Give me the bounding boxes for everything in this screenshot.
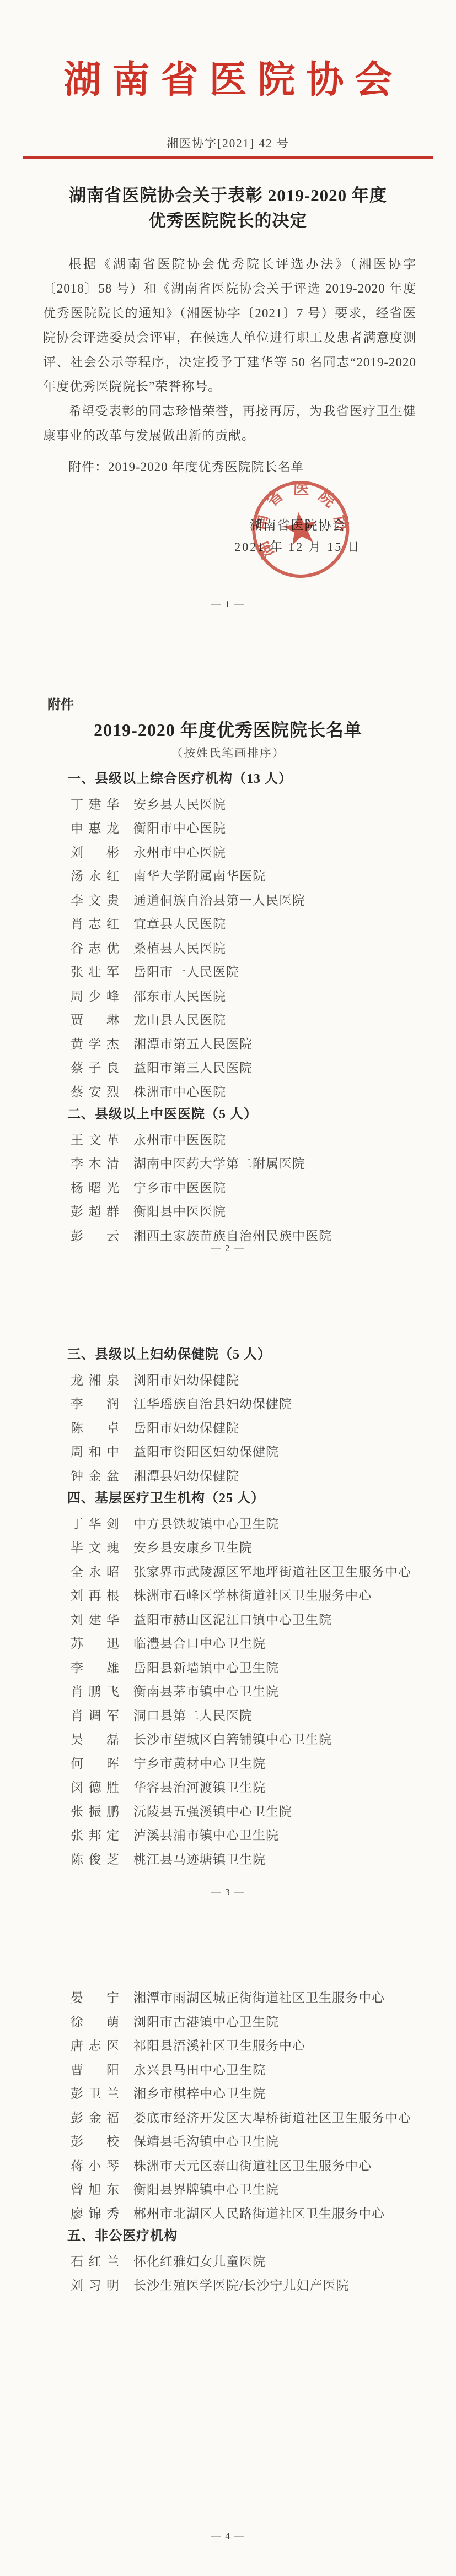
entry-name: 彭金福	[71, 2108, 119, 2126]
roster-entry: 苏迅临澧县合口中心卫生院	[67, 1631, 456, 1655]
roster-entry: 丁华剑中方县铁坡镇中心卫生院	[67, 1511, 456, 1535]
entry-organization: 永兴县马田中心卫生院	[133, 2060, 266, 2078]
entry-name: 毕文瑰	[71, 1538, 119, 1556]
entry-organization: 湘潭县妇幼保健院	[133, 1466, 239, 1484]
entry-name: 杨曙光	[71, 1178, 119, 1196]
roster-entry: 彭超群衡阳县中医医院	[67, 1199, 456, 1223]
entry-name: 肖鹏飞	[71, 1681, 119, 1700]
roster-entry: 徐萌浏阳市古港镇中心卫生院	[67, 2009, 456, 2033]
entry-name: 彭校	[71, 2131, 119, 2150]
entry-organization: 株洲市石峰区学林街道社区卫生服务中心	[133, 1585, 372, 1604]
entry-organization: 湘潭市雨湖区城正街街道社区卫生服务中心	[133, 1988, 385, 2006]
entry-name: 石红兰	[71, 2252, 119, 2270]
roster-entry: 陈俊芝桃江县马迹塘镇卫生院	[67, 1847, 456, 1871]
entry-name: 唐志医	[71, 2036, 119, 2054]
entry-organization: 华容县治河渡镇卫生院	[133, 1777, 266, 1795]
entry-name: 刘再根	[71, 1585, 119, 1604]
roster-entry: 蒋小琴株洲市天元区泰山街道社区卫生服务中心	[67, 2153, 456, 2177]
roster-entry: 刘再根株洲市石峰区学林街道社区卫生服务中心	[67, 1583, 456, 1607]
entry-organization: 祁阳县浯溪社区卫生服务中心	[133, 2036, 305, 2054]
entry-organization: 衡阳县中医医院	[133, 1202, 226, 1220]
entry-organization: 衡阳县界牌镇中心卫生院	[133, 2179, 279, 2198]
roster-entry: 黄学杰湘潭市第五人民医院	[67, 1031, 456, 1056]
entry-name: 钟金盆	[71, 1466, 119, 1484]
roster-title: 2019-2020 年度优秀医院院长名单	[0, 719, 456, 741]
entry-name: 吴磊	[71, 1729, 119, 1747]
roster-entry: 肖志红宜章县人民医院	[67, 911, 456, 935]
entry-name: 谷志优	[71, 938, 119, 956]
entry-organization: 江华瑶族自治县妇幼保健院	[133, 1394, 292, 1412]
entry-name: 苏迅	[71, 1633, 119, 1652]
entry-name: 李文贵	[71, 890, 119, 908]
document: 湖南省医院协会 湘医协字[2021] 42 号 湖南省医院协会关于表彰 2019…	[0, 0, 456, 2576]
roster-entry: 全永昭张家界市武陵源区军地坪街道社区卫生服务中心	[67, 1559, 456, 1583]
entry-name: 刘习明	[71, 2275, 119, 2293]
entry-name: 廖锦秀	[71, 2204, 119, 2222]
entry-organization: 安乡县安康乡卫生院	[133, 1538, 253, 1556]
entry-organization: 株洲市天元区泰山街道社区卫生服务中心	[133, 2156, 372, 2174]
roster-entry: 周少峰邵东市人民医院	[67, 983, 456, 1008]
entry-organization: 湘西土家族苗族自治州民族中医院	[133, 1226, 332, 1244]
entry-organization: 岳阳市一人民医院	[133, 962, 239, 980]
entry-organization: 邵东市人民医院	[133, 986, 226, 1004]
roster-entry: 张邦定泸溪县浦市镇中心卫生院	[67, 1822, 456, 1847]
roster-entry: 龙湘泉浏阳市妇幼保健院	[67, 1367, 456, 1392]
entry-organization: 宁乡市黄材中心卫生院	[133, 1754, 266, 1772]
roster-section-heading: 四、基层医疗卫生机构（25 人）	[67, 1487, 456, 1511]
entry-organization: 娄底市经济开发区大埠桥街道社区卫生服务中心	[133, 2108, 411, 2126]
entry-name: 王文革	[71, 1130, 119, 1148]
entry-organization: 浏阳市妇幼保健院	[133, 1370, 239, 1388]
org-header: 湖南省医院协会	[0, 0, 456, 106]
entry-name: 曾旭东	[71, 2179, 119, 2198]
entry-name: 陈卓	[71, 1418, 119, 1436]
roster-entry: 汤永红南华大学附属南华医院	[67, 863, 456, 887]
roster-entry: 曾旭东衡阳县界牌镇中心卫生院	[67, 2177, 456, 2201]
entry-organization: 安乡县人民医院	[133, 794, 226, 813]
roster-entry: 石红兰怀化红雅妇女儿童医院	[67, 2249, 456, 2273]
red-divider	[23, 156, 433, 159]
roster-subtitle: （按姓氏笔画排序）	[0, 744, 456, 761]
page-number-3: — 3 —	[0, 1887, 456, 1898]
body-paragraph-1: 根据《湖南省医院协会优秀院长评选办法》（湘医协字〔2018〕58 号）和《湖南省…	[43, 252, 416, 399]
entry-name: 刘建华	[71, 1610, 119, 1628]
roster-entry: 张壮军岳阳市一人民医院	[67, 959, 456, 983]
page-number-2: — 2 —	[0, 1243, 456, 1254]
entry-organization: 湘潭市第五人民医院	[133, 1034, 253, 1052]
attachment-label: 附件	[0, 644, 456, 713]
page-3: 三、县级以上妇幼保健院（5 人）龙湘泉浏阳市妇幼保健院李润江华瑶族自治县妇幼保健…	[0, 1288, 456, 1932]
entry-name: 彭超群	[71, 1202, 119, 1220]
roster-section-heading: 一、县级以上综合医疗机构（13 人）	[67, 767, 456, 792]
entry-organization: 通道侗族自治县第一人民医院	[133, 890, 305, 908]
entry-name: 何晖	[71, 1754, 119, 1772]
entry-name: 蔡安烈	[71, 1082, 119, 1100]
signature-org: 湖南省医院协会	[210, 517, 386, 534]
roster-entry: 晏宁湘潭市雨湖区城正街街道社区卫生服务中心	[67, 1985, 456, 2009]
roster-entry: 刘习明长沙生殖医学医院/长沙宁儿妇产医院	[67, 2272, 456, 2297]
page-2: 附件 2019-2020 年度优秀医院院长名单 （按姓氏笔画排序） 一、县级以上…	[0, 644, 456, 1288]
entry-organization: 浏阳市古港镇中心卫生院	[133, 2012, 279, 2030]
entry-name: 龙湘泉	[71, 1370, 119, 1388]
entry-organization: 岳阳县新墙镇中心卫生院	[133, 1658, 279, 1676]
roster-entry: 杨曙光宁乡市中医医院	[67, 1175, 456, 1199]
entry-name: 李木清	[71, 1154, 119, 1172]
roster-entry: 肖鹏飞衡南县茅市镇中心卫生院	[67, 1679, 456, 1703]
roster-entry: 申惠龙衡阳市中心医院	[67, 815, 456, 840]
entry-name: 闵德胜	[71, 1777, 119, 1795]
entry-name: 张振鹏	[71, 1801, 119, 1820]
entry-organization: 衡南县茅市镇中心卫生院	[133, 1681, 279, 1700]
roster-section-heading: 三、县级以上妇幼保健院（5 人）	[67, 1343, 456, 1367]
entry-organization: 衡阳市中心医院	[133, 818, 226, 836]
roster-entry: 吴磊长沙市望城区白箬铺镇中心卫生院	[67, 1727, 456, 1751]
entry-organization: 株洲市中心医院	[133, 1082, 226, 1100]
entry-name: 曹阳	[71, 2060, 119, 2078]
entry-name: 汤永红	[71, 866, 119, 884]
entry-organization: 泸溪县浦市镇中心卫生院	[133, 1825, 279, 1843]
roster-entry: 谷志优桑植县人民医院	[67, 935, 456, 960]
entry-name: 李雄	[71, 1658, 119, 1676]
entry-organization: 桑植县人民医院	[133, 938, 226, 956]
entry-organization: 益阳市资阳区妇幼保健院	[133, 1442, 279, 1460]
roster-entry: 李润江华瑶族自治县妇幼保健院	[67, 1391, 456, 1415]
roster-section-heading: 二、县级以上中医医院（5 人）	[67, 1103, 456, 1127]
roster-entry: 蔡子良益阳市第三人民医院	[67, 1055, 456, 1079]
entry-organization: 长沙市望城区白箬铺镇中心卫生院	[133, 1729, 332, 1747]
roster-entry: 李木清湖南中医药大学第二附属医院	[67, 1151, 456, 1175]
roster-entry: 毕文瑰安乡县安康乡卫生院	[67, 1535, 456, 1559]
page-number-1: — 1 —	[0, 599, 456, 610]
entry-organization: 怀化红雅妇女儿童医院	[133, 2252, 266, 2270]
entry-organization: 桃江县马迹塘镇卫生院	[133, 1849, 266, 1868]
entry-organization: 张家界市武陵源区军地坪街道社区卫生服务中心	[133, 1562, 411, 1580]
roster-page-2: 一、县级以上综合医疗机构（13 人）丁建华安乡县人民医院申惠龙衡阳市中心医院刘彬…	[0, 767, 456, 1247]
entry-organization: 保靖县毛沟镇中心卫生院	[133, 2131, 279, 2150]
entry-name: 肖调军	[71, 1706, 119, 1724]
entry-organization: 永州市中心医院	[133, 842, 226, 861]
page-4: 晏宁湘潭市雨湖区城正街街道社区卫生服务中心徐萌浏阳市古港镇中心卫生院唐志医祁阳县…	[0, 1932, 456, 2576]
roster-entry: 廖锦秀郴州市北湖区人民路街道社区卫生服务中心	[67, 2201, 456, 2225]
roster-entry: 王文革永州市中医医院	[67, 1127, 456, 1151]
entry-name: 徐萌	[71, 2012, 119, 2030]
roster-entry: 贾琳龙山县人民医院	[67, 1007, 456, 1031]
entry-name: 李润	[71, 1394, 119, 1412]
entry-name: 肖志红	[71, 914, 119, 932]
roster-entry: 曹阳永兴县马田中心卫生院	[67, 2057, 456, 2081]
attachment-reference: 附件：2019-2020 年度优秀医院院长名单	[43, 456, 416, 478]
roster-entry: 李文贵通道侗族自治县第一人民医院	[67, 887, 456, 912]
roster-entry: 丁建华安乡县人民医院	[67, 792, 456, 816]
roster-entry: 何晖宁乡市黄材中心卫生院	[67, 1751, 456, 1775]
entry-name: 晏宁	[71, 1988, 119, 2006]
entry-organization: 宁乡市中医医院	[133, 1178, 226, 1196]
entry-name: 丁建华	[71, 794, 119, 813]
entry-name: 贾琳	[71, 1010, 119, 1028]
roster-entry: 李雄岳阳县新墙镇中心卫生院	[67, 1655, 456, 1679]
entry-organization: 长沙生殖医学医院/长沙宁儿妇产医院	[133, 2275, 349, 2293]
signature-block: 湖南省医院协会 2021 年 12 月 15 日	[210, 517, 386, 555]
entry-organization: 中方县铁坡镇中心卫生院	[133, 1514, 279, 1532]
roster-entry: 肖调军洞口县第二人民医院	[67, 1703, 456, 1727]
roster-entry: 彭校保靖县毛沟镇中心卫生院	[67, 2129, 456, 2153]
signature-date: 2021 年 12 月 15 日	[210, 539, 386, 555]
entry-name: 蒋小琴	[71, 2156, 119, 2174]
entry-organization: 岳阳市妇幼保健院	[133, 1418, 239, 1436]
document-title-line2: 优秀医院院长的决定	[149, 211, 308, 230]
roster-section-heading: 五、非公医疗机构	[67, 2225, 456, 2249]
entry-organization: 湖南中医药大学第二附属医院	[133, 1154, 305, 1172]
document-title-line1: 湖南省医院协会关于表彰 2019-2020 年度	[69, 186, 387, 205]
entry-name: 刘彬	[71, 842, 119, 861]
entry-organization: 益阳市赫山区泥江口镇中心卫生院	[133, 1610, 332, 1628]
roster-entry: 闵德胜华容县治河渡镇卫生院	[67, 1774, 456, 1799]
entry-name: 蔡子良	[71, 1058, 119, 1076]
entry-name: 周少峰	[71, 986, 119, 1004]
entry-organization: 郴州市北湖区人民路街道社区卫生服务中心	[133, 2204, 385, 2222]
page-number-4: — 4 —	[0, 2531, 456, 2542]
entry-organization: 洞口县第二人民医院	[133, 1706, 253, 1724]
roster-entry: 张振鹏沅陵县五强溪镇中心卫生院	[67, 1799, 456, 1823]
entry-name: 全永昭	[71, 1562, 119, 1580]
roster-entry: 蔡安烈株洲市中心医院	[67, 1079, 456, 1103]
body-paragraph-2: 希望受表彰的同志珍惜荣誉，再接再厉，为我省医疗卫生健康事业的改革与发展做出新的贡…	[43, 399, 416, 448]
roster-entry: 钟金盆湘潭县妇幼保健院	[67, 1463, 456, 1487]
roster-page-4: 晏宁湘潭市雨湖区城正街街道社区卫生服务中心徐萌浏阳市古港镇中心卫生院唐志医祁阳县…	[0, 1932, 456, 2297]
entry-organization: 南华大学附属南华医院	[133, 866, 266, 884]
entry-name: 丁华剑	[71, 1514, 119, 1532]
doc-number: 湘医协字[2021] 42 号	[0, 134, 456, 151]
entry-organization: 临澧县合口中心卫生院	[133, 1633, 266, 1652]
roster-entry: 陈卓岳阳市妇幼保健院	[67, 1415, 456, 1439]
page-1: 湖南省医院协会 湘医协字[2021] 42 号 湖南省医院协会关于表彰 2019…	[0, 0, 456, 644]
entry-name: 陈俊芝	[71, 1849, 119, 1868]
entry-organization: 永州市中医医院	[133, 1130, 226, 1148]
entry-organization: 龙山县人民医院	[133, 1010, 226, 1028]
roster-entry: 周和中益阳市资阳区妇幼保健院	[67, 1439, 456, 1463]
entry-organization: 益阳市第三人民医院	[133, 1058, 253, 1076]
entry-name: 周和中	[71, 1442, 119, 1460]
entry-name: 张邦定	[71, 1825, 119, 1843]
entry-name: 彭云	[71, 1226, 119, 1244]
entry-organization: 湘乡市棋梓中心卫生院	[133, 2083, 266, 2102]
entry-name: 张壮军	[71, 962, 119, 980]
roster-entry: 彭卫兰湘乡市棋梓中心卫生院	[67, 2081, 456, 2105]
entry-organization: 宜章县人民医院	[133, 914, 226, 932]
document-title: 湖南省医院协会关于表彰 2019-2020 年度 优秀医院院长的决定	[33, 183, 423, 234]
entry-name: 申惠龙	[71, 818, 119, 836]
roster-entry: 刘彬永州市中心医院	[67, 840, 456, 864]
entry-organization: 沅陵县五强溪镇中心卫生院	[133, 1801, 292, 1820]
roster-entry: 唐志医祁阳县浯溪社区卫生服务中心	[67, 2033, 456, 2057]
roster-entry: 彭金福娄底市经济开发区大埠桥街道社区卫生服务中心	[67, 2105, 456, 2129]
entry-name: 彭卫兰	[71, 2083, 119, 2102]
entry-name: 黄学杰	[71, 1034, 119, 1052]
roster-entry: 刘建华益阳市赫山区泥江口镇中心卫生院	[67, 1607, 456, 1631]
roster-page-3: 三、县级以上妇幼保健院（5 人）龙湘泉浏阳市妇幼保健院李润江华瑶族自治县妇幼保健…	[0, 1288, 456, 1870]
